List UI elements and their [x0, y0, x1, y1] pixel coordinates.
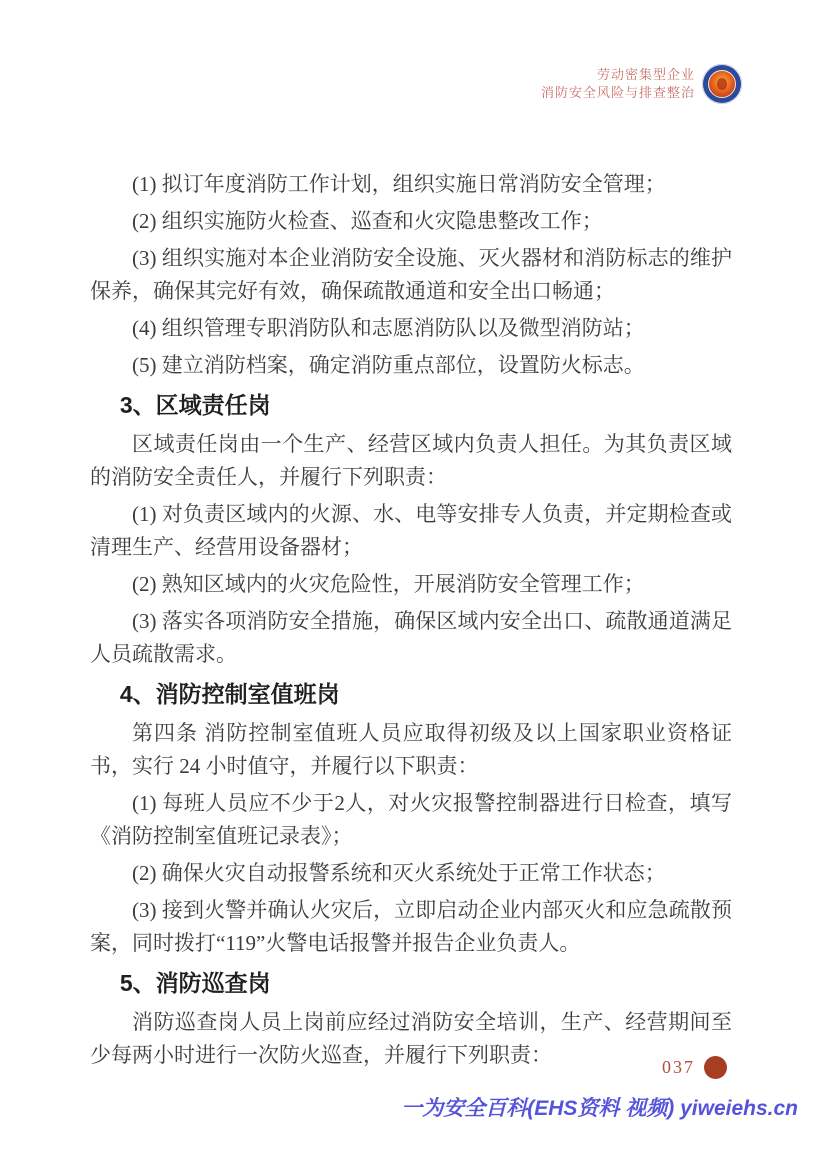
document-body: (1) 拟订年度消防工作计划，组织实施日常消防安全管理；(2) 组织实施防火检查… — [90, 168, 732, 1076]
watermark-text: 一为安全百科(EHS资料 视频) yiweiehs.cn — [401, 1092, 798, 1122]
body-paragraph: 第四条 消防控制室值班人员应取得初级及以上国家职业资格证书，实行 24 小时值守… — [90, 717, 732, 783]
fire-safety-badge-icon — [702, 64, 742, 104]
header-slogan: 劳动密集型企业 消防安全风险与排查整治 — [541, 66, 695, 102]
section-heading: 5、消防巡查岗 — [90, 964, 732, 1003]
body-paragraph: (4) 组织管理专职消防队和志愿消防队以及微型消防站； — [90, 312, 732, 345]
badge-center-icon — [708, 70, 736, 98]
page-number-dot-icon — [704, 1056, 727, 1079]
body-paragraph: (2) 熟知区域内的火灾危险性，开展消防安全管理工作； — [90, 568, 732, 601]
body-paragraph: (1) 对负责区域内的火源、水、电等安排专人负责，并定期检查或清理生产、经营用设… — [90, 498, 732, 564]
body-paragraph: (2) 确保火灾自动报警系统和灭火系统处于正常工作状态； — [90, 857, 732, 890]
body-paragraph: (3) 落实各项消防安全措施，确保区域内安全出口、疏散通道满足人员疏散需求。 — [90, 605, 732, 671]
body-paragraph: 消防巡查岗人员上岗前应经过消防安全培训，生产、经营期间至少每两小时进行一次防火巡… — [90, 1006, 732, 1072]
badge-flame-icon — [717, 78, 727, 90]
document-page: 劳动密集型企业 消防安全风险与排查整治 (1) 拟订年度消防工作计划，组织实施日… — [0, 0, 814, 1151]
header-slogan-line1: 劳动密集型企业 — [541, 66, 695, 84]
body-paragraph: (1) 每班人员应不少于2人，对火灾报警控制器进行日检查，填写《消防控制室值班记… — [90, 787, 732, 853]
body-paragraph: (3) 接到火警并确认火灾后，立即启动企业内部灭火和应急疏散预案，同时拨打“11… — [90, 894, 732, 960]
body-paragraph: (5) 建立消防档案，确定消防重点部位，设置防火标志。 — [90, 349, 732, 382]
page-header: 劳动密集型企业 消防安全风险与排查整治 — [541, 64, 742, 104]
body-paragraph: (3) 组织实施对本企业消防安全设施、灭火器材和消防标志的维护保养，确保其完好有… — [90, 242, 732, 308]
page-number: 037 — [662, 1057, 695, 1078]
body-paragraph: 区域责任岗由一个生产、经营区域内负责人担任。为其负责区域的消防安全责任人，并履行… — [90, 428, 732, 494]
section-heading: 4、消防控制室值班岗 — [90, 675, 732, 714]
section-heading: 3、区域责任岗 — [90, 386, 732, 425]
body-paragraph: (2) 组织实施防火检查、巡查和火灾隐患整改工作； — [90, 205, 732, 238]
header-slogan-line2: 消防安全风险与排查整治 — [541, 84, 695, 102]
body-paragraph: (1) 拟订年度消防工作计划，组织实施日常消防安全管理； — [90, 168, 732, 201]
page-footer: 037 — [662, 1056, 727, 1079]
